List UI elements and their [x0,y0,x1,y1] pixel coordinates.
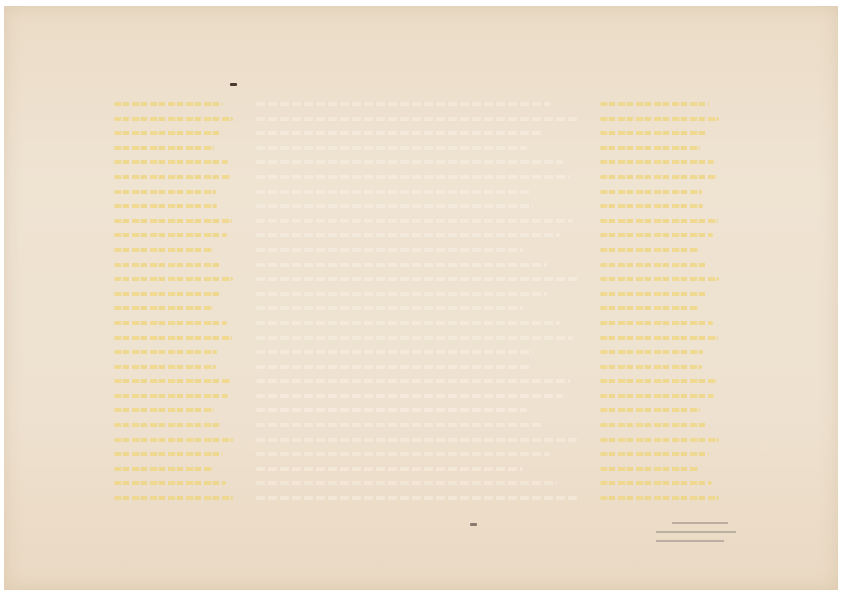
text-line [256,481,557,485]
text-line [600,248,699,252]
text-line [114,408,214,412]
text-line [256,175,570,179]
text-line [114,175,231,179]
text-line [600,146,700,150]
ink-mark [470,523,477,526]
text-line [600,292,708,296]
text-line [600,452,709,456]
text-line [114,365,216,369]
text-line [114,467,213,471]
text-line [600,306,699,310]
text-line [114,248,213,252]
text-line [256,321,560,325]
text-line [600,423,707,427]
text-line [600,233,713,237]
text-line [256,277,577,281]
text-line [600,496,719,500]
text-line [114,350,217,354]
text-line [114,292,222,296]
text-line [600,336,718,340]
signature [656,522,736,549]
text-line [114,423,221,427]
text-line [600,379,717,383]
text-line [256,204,533,208]
text-line [600,117,719,121]
paper-sheet [4,6,838,590]
text-line [114,306,213,310]
text-line [256,467,523,471]
text-line [256,452,550,456]
text-line [114,394,228,398]
text-line [114,438,233,442]
text-line [114,277,233,281]
text-line [256,233,560,237]
text-line [256,496,577,500]
text-line [256,306,523,310]
text-line [600,263,708,267]
text-line [114,102,223,106]
text-line [256,438,577,442]
text-line [114,204,217,208]
text-line [256,408,527,412]
text-line [114,263,222,267]
text-line [114,321,227,325]
text-line [114,336,232,340]
text-line [256,350,533,354]
text-line [256,219,573,223]
text-line [600,219,718,223]
text-line [600,102,709,106]
text-line [256,117,577,121]
text-line [114,146,214,150]
text-line [256,379,570,383]
text-line [600,204,703,208]
text-line [600,438,719,442]
text-line [256,292,547,296]
center-text-column [256,102,590,511]
text-line [256,190,530,194]
text-line [600,365,702,369]
text-line [256,248,523,252]
text-line [600,321,713,325]
text-line [256,394,563,398]
text-line [114,160,228,164]
text-line [256,146,527,150]
ink-mark [230,83,237,86]
text-line [256,102,550,106]
text-line [600,175,717,179]
text-line [600,350,703,354]
text-line [256,131,543,135]
text-line [600,481,712,485]
text-line [600,160,714,164]
text-line [600,467,699,471]
text-line [114,117,233,121]
text-line [256,365,530,369]
text-line [256,336,573,340]
text-line [600,190,702,194]
text-line [600,277,719,281]
text-line [600,408,700,412]
text-line [256,263,547,267]
text-line [114,496,233,500]
left-text-column [114,102,238,511]
text-line [256,160,563,164]
text-line [114,190,216,194]
text-line [114,379,231,383]
text-line [600,131,707,135]
text-line [114,233,227,237]
text-line [256,423,543,427]
text-line [114,452,223,456]
text-line [114,481,226,485]
text-line [114,219,232,223]
right-text-column [600,102,724,511]
text-line [114,131,221,135]
text-line [600,394,714,398]
